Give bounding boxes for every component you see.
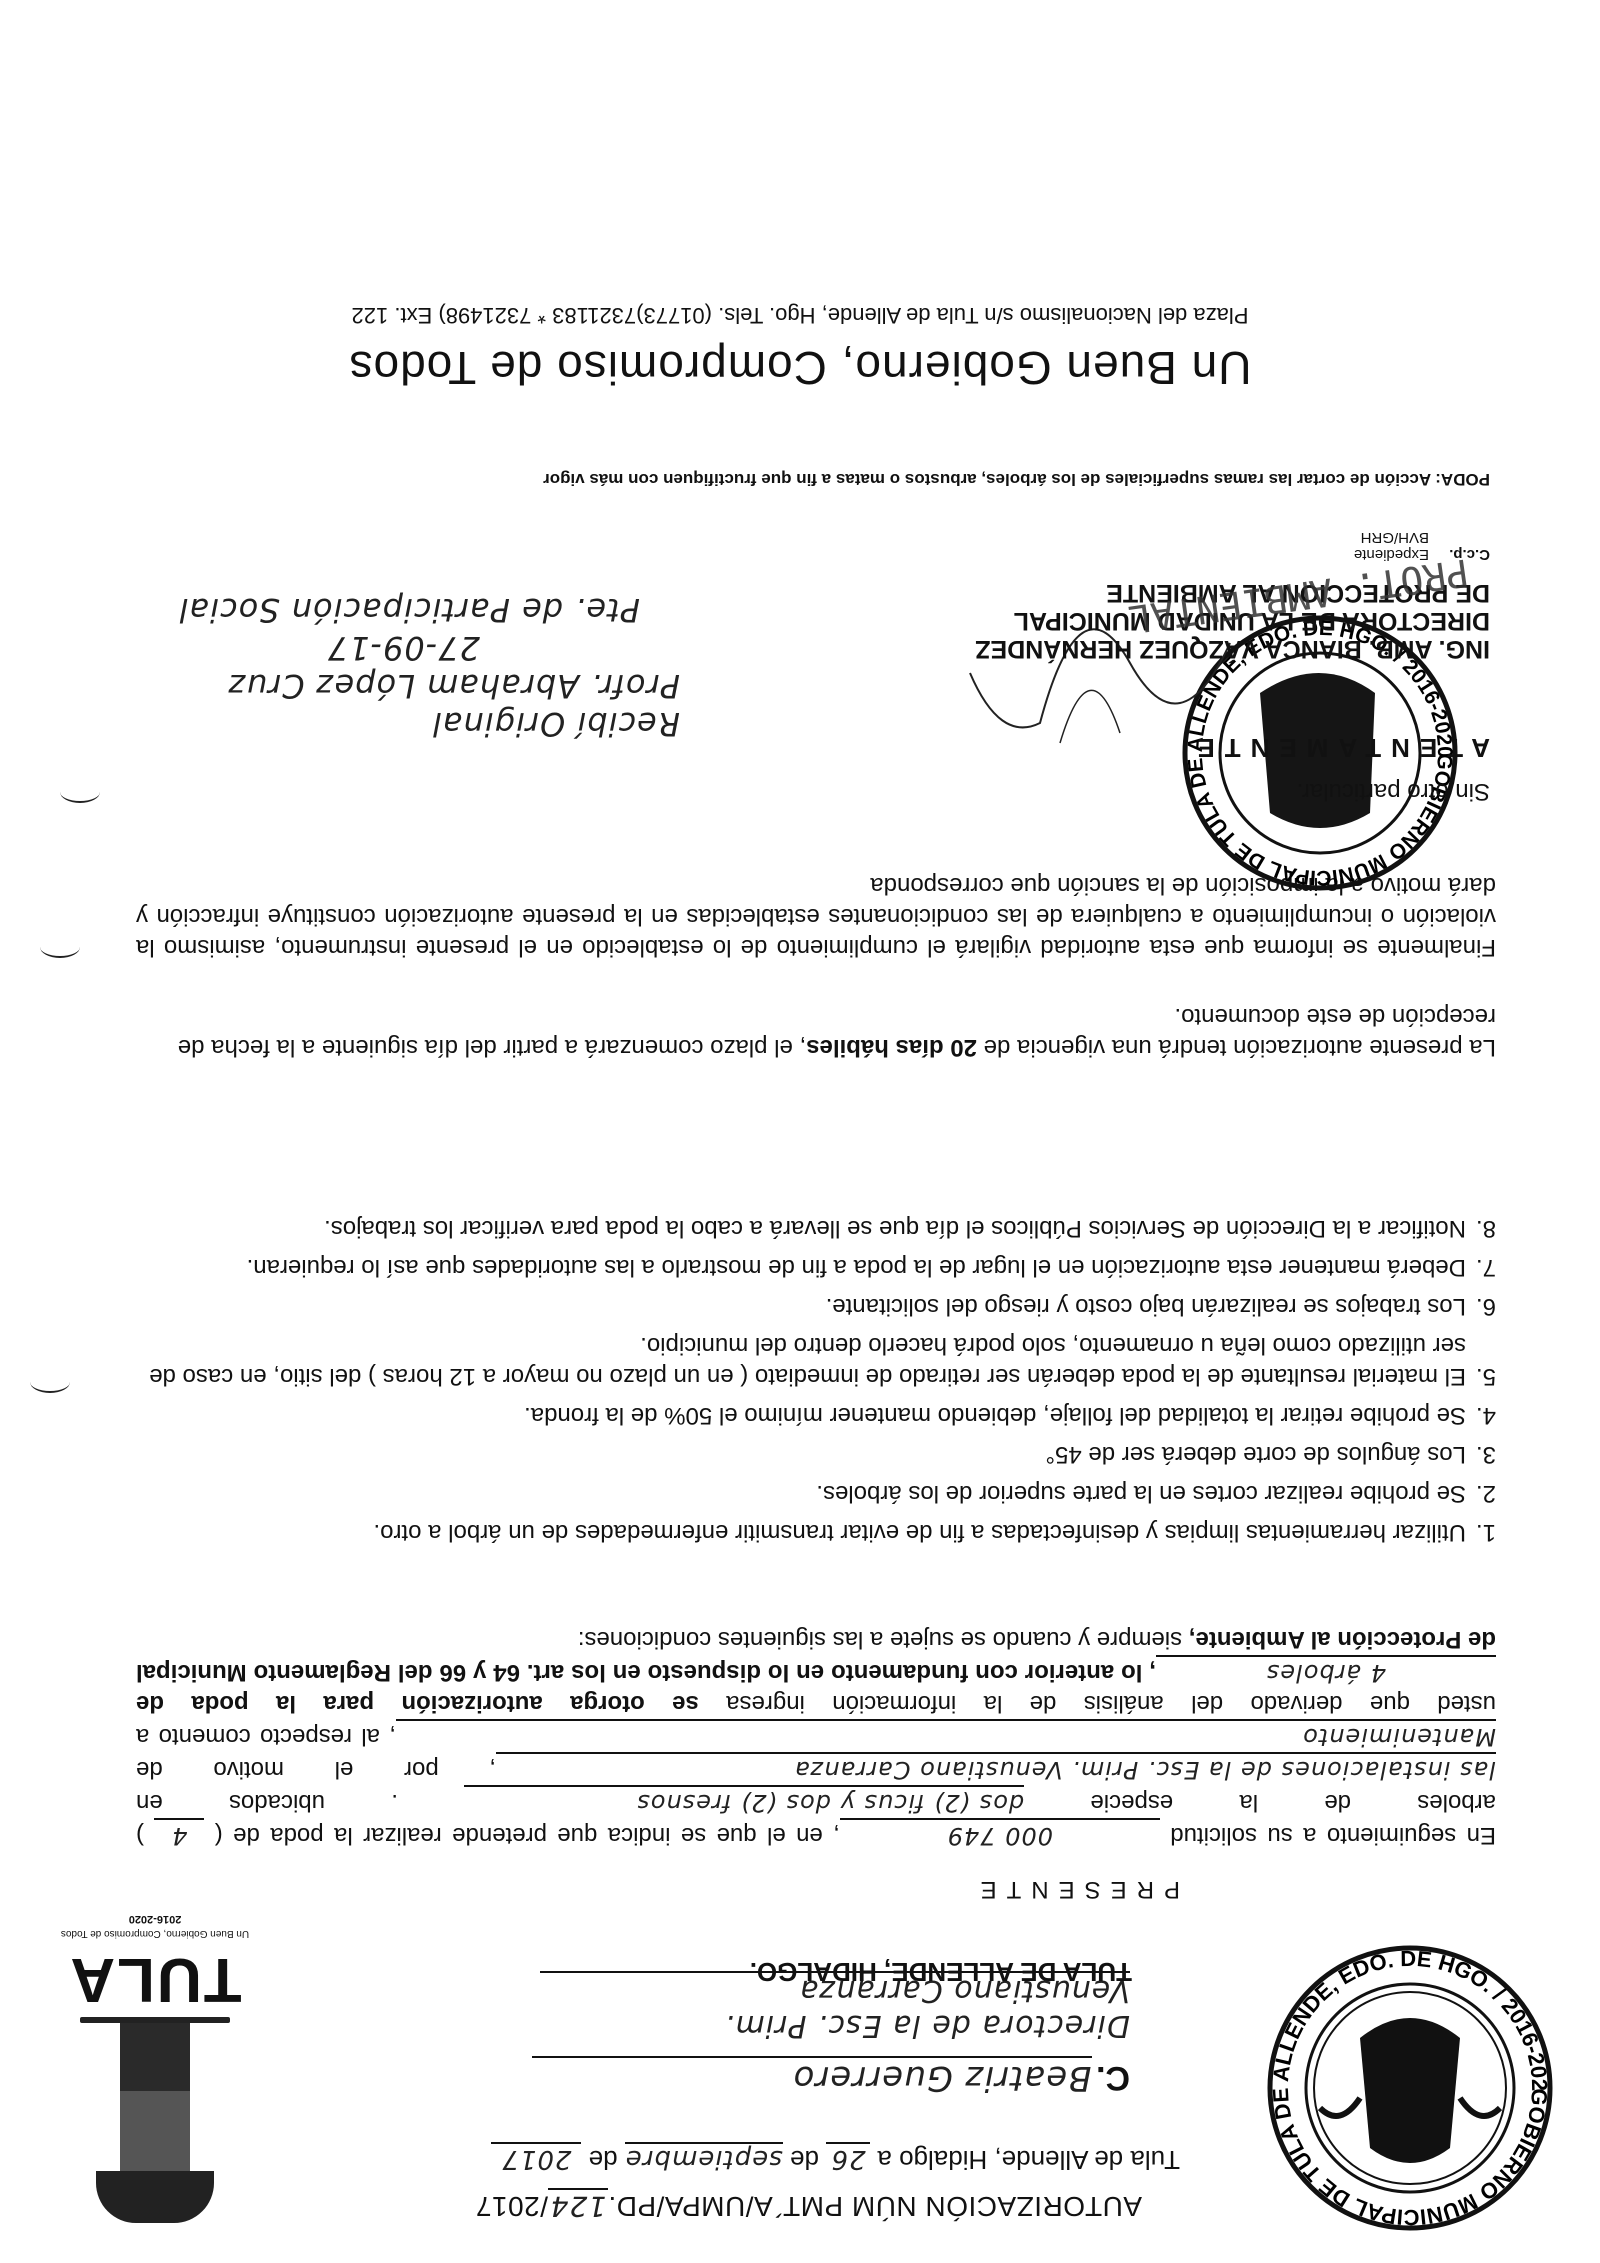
condition-number: 2. — [1476, 1478, 1496, 1509]
reason-field: Mantenimiento — [396, 1719, 1496, 1752]
presente-label: PRESENTE — [971, 1875, 1180, 1903]
condition-text: Se prohibe retirar la totalidad del foll… — [524, 1402, 1466, 1429]
condition-text: Se prohibe realizar cortes en la parte s… — [816, 1480, 1466, 1507]
location-field: las instalaciones de la Esc. Prim. Venus… — [496, 1752, 1496, 1785]
logo-figure-icon — [96, 2171, 214, 2223]
margin-mark-icon — [30, 1371, 70, 1393]
condition-text: Los trabajos se realizarán bajo costo y … — [826, 1293, 1466, 1320]
footer-slogan: Un Buen Gobierno, Compromiso de Todos — [0, 341, 1600, 395]
validity-paragraph: La presente autorización tendrá una vige… — [136, 1001, 1496, 1063]
condition-item: 8.Notificar a la Dirección de Servicios … — [136, 1213, 1496, 1244]
condition-item: 3.Los ángulos de corte deberá ser de 45° — [136, 1439, 1496, 1470]
condition-number: 7. — [1476, 1252, 1496, 1283]
received-handwritten-note: Recibí Original Profr. Abraham López Cru… — [40, 493, 680, 743]
condition-number: 1. — [1476, 1517, 1496, 1548]
condition-number: 8. — [1476, 1213, 1496, 1244]
date-line: Tula de Allende, Hidalgo a 26 de septiem… — [491, 2142, 1180, 2175]
condition-item: 5.El material resultante de la poda debe… — [136, 1330, 1496, 1392]
condition-item: 7.Deberá mantener esta autorización en e… — [136, 1252, 1496, 1283]
closing-remark: Sin otro particular. — [1297, 777, 1490, 805]
species-field: dos (2) ficus y dos (2) fresnos — [464, 1785, 1024, 1818]
signer-name: ING. AMB. BIANCA VÁZQUEZ HERNÁNDEZ — [975, 635, 1490, 663]
addressee: C. Beatriz Guerrero — [532, 2056, 1130, 2098]
condition-number: 5. — [1476, 1361, 1496, 1392]
condition-item: 1.Utilizar herramientas limpias y desinf… — [136, 1517, 1496, 1548]
addressee-city: TULA DE ALLENDE, HIDALGO. — [750, 1956, 1132, 1987]
condition-item: 6.Los trabajos se realizarán bajo costo … — [136, 1291, 1496, 1322]
municipal-seal-icon: GOBIERNO MUNICIPAL DE TULA DE ALLENDE, E… — [1260, 1938, 1560, 2238]
poda-definition: PODA: Acción de cortar las ramas superfi… — [90, 469, 1490, 490]
request-paragraph: En seguimiento a su solicitud 000 749, e… — [136, 1624, 1496, 1851]
margin-mark-icon — [60, 781, 100, 803]
document-page: GOBIERNO MUNICIPAL DE TULA DE ALLENDE, E… — [0, 0, 1600, 2263]
condition-text: El material resultante de la poda deberá… — [149, 1332, 1466, 1390]
condition-number: 4. — [1476, 1400, 1496, 1431]
trees-authorized-field: 4 árboles — [1156, 1655, 1496, 1688]
condition-number: 6. — [1476, 1291, 1496, 1322]
condition-number: 3. — [1476, 1439, 1496, 1470]
condition-item: 2.Se prohibe realizar cortes en la parte… — [136, 1478, 1496, 1509]
condition-item: 4.Se prohibe retirar la totalidad del fo… — [136, 1400, 1496, 1431]
tree-count-field: 4 — [154, 1818, 204, 1851]
authorization-number: AUTORIZACIÓN NÚM PMT´A/UMPA/PD.124/2017 — [475, 2188, 1142, 2223]
conditions-list: 1.Utilizar herramientas limpias y desinf… — [136, 1205, 1496, 1548]
condition-text: Deberá mantener esta autorización en el … — [247, 1254, 1466, 1281]
folio-field: 000 749 — [840, 1818, 1160, 1851]
footer-address: Plaza del Nacionalismo s/n Tula de Allen… — [0, 302, 1600, 328]
tula-logo: TULA Un Buen Gobierno, Compromiso de Tod… — [60, 1893, 250, 2223]
condition-text: Utilizar herramientas limpias y desinfec… — [373, 1519, 1466, 1546]
margin-mark-icon — [40, 936, 80, 958]
condition-text: Notificar a la Dirección de Servicios Pú… — [324, 1215, 1466, 1242]
condition-text: Los ángulos de corte deberá ser de 45° — [1045, 1441, 1466, 1468]
